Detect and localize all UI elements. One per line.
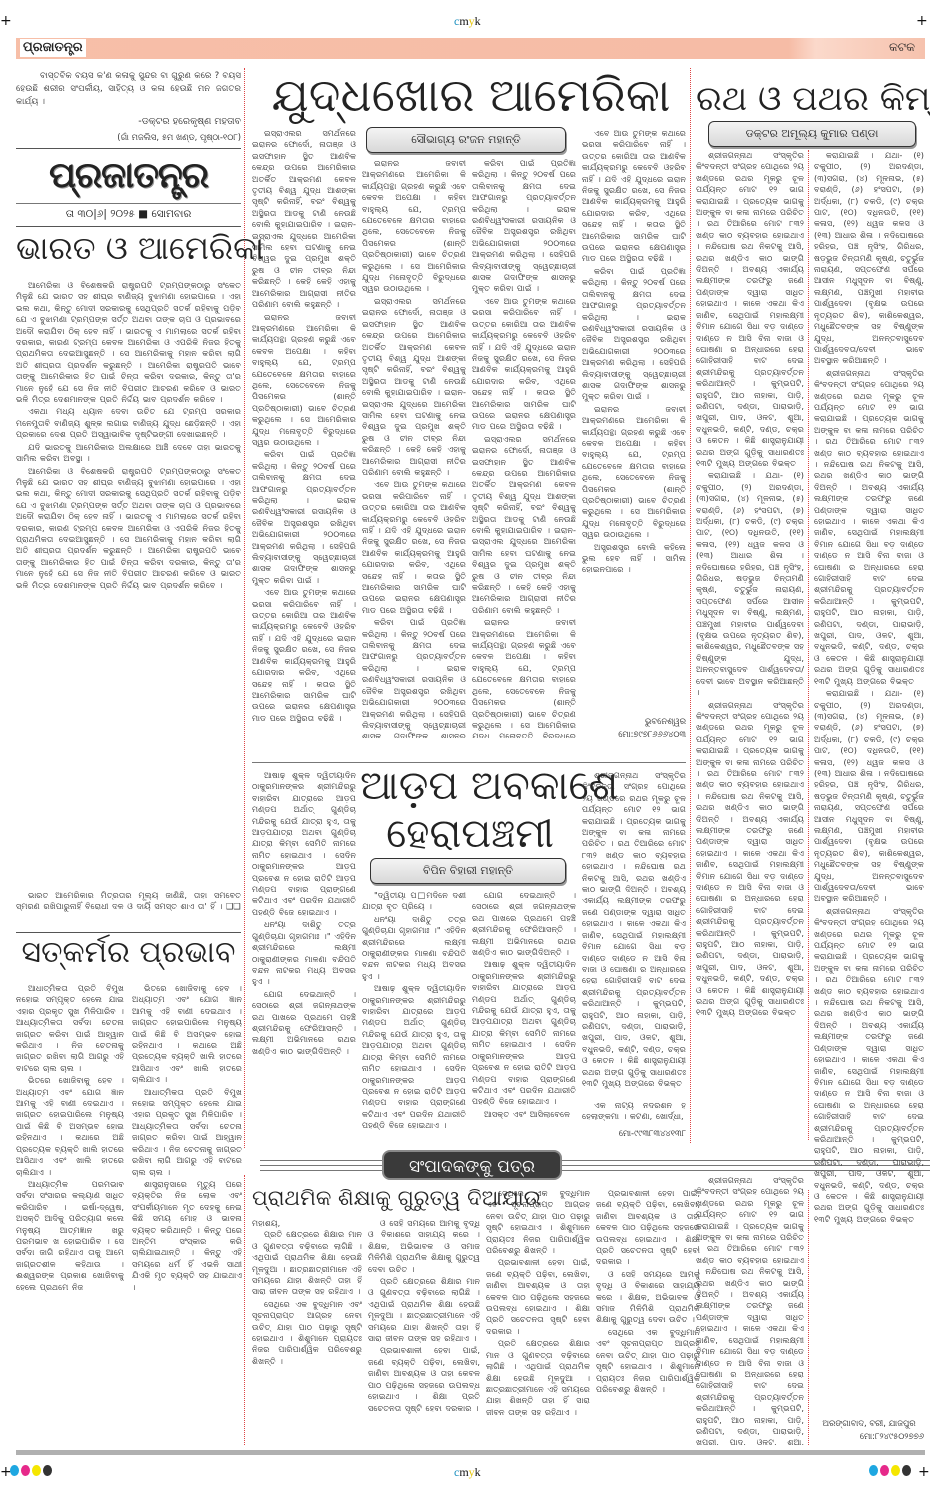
article-rath-paragraph: କରାଯାଇଛି । ଯଥା- (୧) ଚକୁପୀଠ, (୨) ଅରଦଣ୍ଡା,…: [814, 688, 924, 905]
article-war-paragraph: ଇରାନର ଜବାବୀ ଆକ୍ରମଣରେ ଆମେରିକା କି କାର୍ଯ୍ୟପ…: [252, 312, 356, 449]
quote-source: (ଗାଁ ମଜଲିସ, ୫ମ ଖଣ୍ଡ, ପୃଷ୍ଠା-୧୦୮): [16, 131, 241, 144]
article-war-paragraph: କରିବା ପାଇଁ ପ୍ରତିଜ୍ଞା କରିଥିଲା । କିନ୍ତୁ ୨୦…: [472, 158, 576, 295]
letter-col-2: ଓ ସେହି ସମୟରେ ଆମକୁ ବୃଦ୍ଧି ଓ ବିକାଶରେ ସାହାଯ…: [368, 1218, 480, 1445]
color-dot-cyan: [869, 1465, 878, 1476]
divider: [16, 148, 241, 149]
article-war-paragraph: ଇସ୍ରାଏଲର ସମର୍ଥନରେ ଇରାନର ଫୋର୍ଦୋ, ନାତାଞ୍ଜ …: [472, 434, 576, 617]
editorial-2-headline: ସତ୍‌କର୍ମର ପ୍ରଭାବ: [16, 938, 241, 968]
article-rath-paragraph: ଶ୍ରୀଜଗନ୍ନାଥ ସଂସ୍କୃତିର କିଂବଦନ୍ତୀ ସଂଗ୍ରହ ପ…: [696, 150, 804, 469]
article-rath-col-2: କରାଯାଇଛି । ଯଥା- (୧) ଚକୁପୀଠ, (୨) ଅରଦଣ୍ଡା,…: [814, 150, 924, 1420]
letter-paragraph: ପ୍ରଭାବଶାଳୀ ହେବା ପାଇଁ, ଜଣେ ବ୍ୟକ୍ତି ପଢ଼ିବା…: [368, 1345, 480, 1413]
article-war-col-1: ଇସ୍ରାଏଲର ସମର୍ଥନରେ ଇରାନର ଫୋର୍ଦୋ, ନାତାଞ୍ଜ …: [252, 128, 356, 738]
article-rath-paragraph: ଶ୍ରୀଜଗନ୍ନାଥ ସଂସ୍କୃତିର କିଂବଦନ୍ତୀ ସଂଗ୍ରହ ପ…: [696, 700, 804, 1019]
dateline: ତା ୩୦|୬| ୨୦୨୫ ■ ସୋମବାର: [16, 208, 241, 221]
column-divider: [244, 1175, 245, 1445]
editorial-body: ଆମେରିକା ଓ ବିଶେଷକରି ରାଷ୍ଟ୍ରପତି ଟ୍ରମ୍ପଙ୍କଠ…: [16, 280, 241, 890]
article-war-paragraph: କରିବା ପାଇଁ ପ୍ରତିଜ୍ଞା କରିଥିଲା । କିନ୍ତୁ ୨୦…: [362, 617, 466, 738]
article-ashadha-headline-2: ହେରାପଞ୍ଚମୀ: [360, 814, 580, 854]
article-war-col-2: ଇରାନର ଜବାବୀ ଆକ୍ରମଣରେ ଆମେରିକା କି କାର୍ଯ୍ୟପ…: [362, 158, 466, 738]
page-header-band: ପ୍ରଜାତନ୍ତ୍ର କଟକ: [16, 38, 925, 59]
editorial-paragraph: ଆମେରିକା ଓ ବିଶେଷକରି ରାଷ୍ଟ୍ରପତି ଟ୍ରମ୍ପଙ୍କଠ…: [16, 280, 241, 405]
article-ashadha-col-4: ଶ୍ରୀଜଗନ୍ନାଥ ସଂସ୍କୃତିର କିଂବଦନ୍ତୀ ସଂଗ୍ରହ ପ…: [582, 770, 686, 1100]
article-rath-paragraph: ଶ୍ରୀଜଗନ୍ନାଥ ସଂସ୍କୃତିର କିଂବଦନ୍ତୀ ସଂଗ୍ରହ ପ…: [696, 1175, 804, 1445]
letter-salutation: ମହାଶୟ,: [252, 1218, 362, 1229]
editorial-paragraph: ଭାରତ ଆମେରିକାର ମିତ୍ରତାର ମୂଲ୍ୟ ଜାଣିଛି, ତାହ…: [16, 890, 241, 913]
article-ashadha-paragraph: ଆଷାଢ଼ ଶୁକ୍ଳ ଦ୍ୱିତୀୟାଦିନ ଠାକୁରମାନଙ୍କର ଶ୍ର…: [362, 983, 466, 1131]
editorial-headline: ଭାରତ ଓ ଆମେରିକା: [16, 232, 241, 264]
column-divider: [808, 150, 809, 1140]
article-war-col-3: କରିବା ପାଇଁ ପ୍ରତିଜ୍ଞା କରିଥିଲା । କିନ୍ତୁ ୨୦…: [472, 158, 576, 738]
article-war-paragraph: କରିବା ପାଇଁ ପ୍ରତିଜ୍ଞା କରିଥିଲା । କିନ୍ତୁ ୨୦…: [582, 266, 686, 403]
letter-paragraph: ସେଥିରେ ଏକ ବୁଦ୍ଧିମାନ ଏବଂ ସୂଚନାପ୍ରାପ୍ତ ଆଗ୍…: [596, 1327, 700, 1395]
editorial-ending: ଭାରତ ଆମେରିକାର ମିତ୍ରତାର ମୂଲ୍ୟ ଜାଣିଛି, ତାହ…: [16, 890, 241, 914]
letter-headline: ପ୍ରାଥମିକ ଶିକ୍ଷାକୁ ଗୁରୁତ୍ୱ ଦିଆଯାଉ: [252, 1188, 502, 1209]
editorial-2-col-1: ଆଧାତ୍ମିକତା ପ୍ରତି ବିମୁଖ ନହୋଇ ସମ୍ପୃକ୍ତ ହେଲ…: [16, 983, 124, 1445]
article-war-phone: ମୋ:୭୯୭୮୬୬୬୪୦୩: [582, 729, 686, 740]
article-ashadha-paragraph: ଆଷାଢ଼ ଶୁକ୍ଳ ଦ୍ୱିତୀୟାଦିନ ଠାକୁରମାନଙ୍କର ଶ୍ର…: [252, 770, 356, 918]
cmyk-k: k: [475, 1465, 481, 1479]
letter-paragraph: ପ୍ରତି କ୍ଷେତ୍ରରେ ଶିକ୍ଷାର ମାନ ଓ ଗୁଣବତ୍ତା ବ…: [252, 1229, 362, 1297]
article-ashadha-byline: ବିପିନ ବିହାରୀ ମହାନ୍ତି: [370, 858, 566, 884]
column-divider: [808, 1190, 809, 1445]
article-rath-paragraph: କରାଯାଇଛି । ଯଥା- (୧) ଚକୁପୀଠ, (୨) ଅରଦଣ୍ଡା,…: [814, 150, 924, 367]
article-ashadha-headline-1: ଆଡ଼ପ ଅବକାଶେ: [360, 766, 580, 806]
color-dot-yellow: [32, 1465, 41, 1476]
editorial-2-col-2: ଭିତରେ ଖୋଜିବାକୁ ହେବ । ଅଧ୍ୟାତ୍ମ ଏବଂ ଯୋଗ ଜ୍…: [132, 983, 242, 1445]
article-ashadha-quote: "ଦ୍ୱିତୀୟା ପ□ମଦିନେ ଦଶୀ ଯାତ୍ରା ବୃତ ପ୍ରିୟେ …: [362, 890, 466, 913]
letters-section-label: ସଂପାଦକଙ୍କୁ ପତ୍ର: [382, 1150, 562, 1180]
article-rath-col-1-cont: ଶ୍ରୀଜଗନ୍ନାଥ ସଂସ୍କୃତିର କିଂବଦନ୍ତୀ ସଂଗ୍ରହ ପ…: [696, 1175, 804, 1445]
letter-paragraph: ପ୍ରଭାବଶାଳୀ ହେବା ପାଇଁ, ଜଣେ ବ୍ୟକ୍ତି ପଢ଼ିବା…: [486, 1257, 590, 1337]
color-dot-black: [43, 1465, 52, 1476]
registration-mark-bottom-right: +: [918, 1465, 930, 1479]
article-ashadha-col-3: ଯୋଗ ଦେଇଥାନ୍ତି । ସେଠାରେ ଶ୍ରୀ ଜଗନ୍ନାଥଙ୍କ ର…: [472, 890, 576, 1128]
article-war-paragraph: ଇରାନର ଜବାବୀ ଆକ୍ରମଣରେ ଆମେରିକା କି କାର୍ଯ୍ୟପ…: [582, 404, 686, 541]
article-war-headline: ଯୁଦ୍ଧଖୋର ଆମେରିକା: [256, 72, 686, 118]
editorial-2-paragraph: ଆଧାତ୍ମିକତା ପ୍ରତି ବିମୁଖ ନହୋଇ ସମ୍ପୃକ୍ତ ହେଲ…: [16, 983, 124, 1074]
letter-col-4: ପ୍ରଭାବଶାଳୀ ହେବା ପାଇଁ, ଜଣେ ବ୍ୟକ୍ତି ପଢ଼ିବା…: [596, 1188, 700, 1445]
editorial-paragraph: ଆମେରିକା ଓ ବିଶେଷକରି ରାଷ୍ଟ୍ରପତି ଟ୍ରମ୍ପଙ୍କଠ…: [16, 466, 241, 591]
letter-paragraph: ଓ ସେହି ସମୟରେ ଆମକୁ ବୃଦ୍ଧି ଓ ବିକାଶରେ ସାହାଯ…: [368, 1218, 480, 1275]
color-dot-black: [902, 1465, 911, 1476]
article-rath-col-1: ଶ୍ରୀଜଗନ୍ନାଥ ସଂସ୍କୃତିର କିଂବଦନ୍ତୀ ସଂଗ୍ରହ ପ…: [696, 150, 804, 1150]
article-ashadha-paragraph: ଏକ ନାଟ୍ୟ ନଦରଶନ ହ ହେଲାଙ୍କମା । କଟଣା, ଖୋର୍ଦ…: [582, 1100, 686, 1123]
article-war-paragraph: ଏବେ ଆଉ ତୁମଙ୍କ କଥାରେ ଭରସା କରିପାରିବେ ନାହିଁ…: [582, 128, 686, 265]
editorial-paragraph: ଯଦି ଭାରତକୁ ଆମେରିକାର ଅଲକ୍ଷାରେ ଆଞ୍ଚି ଦେବେ …: [16, 442, 241, 465]
masthead-small: ପ୍ରଜାତନ୍ତ୍ର: [20, 39, 86, 57]
letter-paragraph: ପ୍ରତି କ୍ଷେତ୍ରରେ ଶିକ୍ଷାର ମାନ ଓ ଗୁଣବତ୍ତା ବ…: [368, 1276, 480, 1344]
article-ashadha-paragraph: ଧନଂୟା ଦାଶିତୁ ତତ୍ର ଗୁଣ୍ଡିଚାଯା ଗୃହାଗମାଃ ।"…: [252, 919, 356, 987]
article-ashadha-paragraph: ଆଷାଢ଼ ଶୁକ୍ଳ ଦ୍ୱିତୀୟାଦିନ ଠାକୁରମାନଙ୍କର ଶ୍ର…: [472, 959, 576, 1107]
editorial-2-paragraph: ଭିତରେ ଖୋଜିବାକୁ ହେବ । ଅଧ୍ୟାତ୍ମ ଏବଂ ଯୋଗ ଜ୍…: [132, 983, 242, 1086]
divider: [16, 203, 241, 204]
article-ashadha-col-1: ଆଷାଢ଼ ଶୁକ୍ଳ ଦ୍ୱିତୀୟାଦିନ ଠାକୁରମାନଙ୍କର ଶ୍ର…: [252, 770, 356, 1140]
editorial-2-paragraph: ଆଧ୍ୟାତ୍ମିକ ପରମଭାବ ସର୍ବଦା ସଂସାରର କଲ୍ୟାଣ ସ…: [16, 1179, 124, 1293]
article-ashadha-paragraph: ଆସକ୍ତ ଏବଂ ଆସିଲାବେଳେ: [472, 1109, 576, 1120]
column-divider: [690, 68, 691, 1143]
article-war-paragraph: ଏବେ ଆଉ ତୁମଙ୍କ କଥାରେ ଭରସା କରିପାରିବେ ନାହିଁ…: [362, 479, 466, 616]
cmyk-label-top: cmyk: [454, 14, 481, 29]
city-label: କଟକ: [889, 40, 915, 55]
article-rath-paragraph: କରାଯାଇଛି । ଯଥା- (୧) ଚକୁପୀଠ, (୨) ଅରଦଣ୍ଡା,…: [696, 470, 804, 698]
article-ashadha-paragraph: ଧନଂୟା ଦାଶିତୁ ତତ୍ର ଗୁଣ୍ଡିଚାଯା ଗୃହାଗମାଃ ।"…: [362, 914, 466, 982]
cmyk-label-bottom: cmyk: [454, 1465, 481, 1480]
article-rath-place: ଅରଙ୍ଗାବାଦ, ବରୀ, ଯାଜପୁର: [814, 1418, 924, 1429]
editorial-2-paragraph: ଆଧାତ୍ମିକତା ପ୍ରତି ବିମୁଖ ନହୋଇ ସମ୍ପୃକ୍ତ ହେଲ…: [132, 1087, 242, 1178]
article-ashadha-col-4-end: ଏକ ନାଟ୍ୟ ନଦରଶନ ହ ହେଲାଙ୍କମା । କଟଣା, ଖୋର୍ଦ…: [582, 1100, 686, 1126]
article-war-paragraph: କରିବା ପାଇଁ ପ୍ରତିଜ୍ଞା କରିଥିଲା । କିନ୍ତୁ ୨୦…: [252, 449, 356, 586]
color-dot-cyan: [10, 1465, 19, 1476]
article-war-col-4: ଏବେ ଆଉ ତୁମଙ୍କ କଥାରେ ଭରସା କରିପାରିବେ ନାହିଁ…: [582, 128, 686, 700]
article-war-paragraph: ଇସ୍ରାଏଲର ସମର୍ଥନରେ ଇରାନର ଫୋର୍ଦୋ, ନାତାଞ୍ଜ …: [362, 296, 466, 479]
article-war-paragraph: ଏବେ ଆଉ ତୁମଙ୍କ କଥାରେ ଭରସା କରିପାରିବେ ନାହିଁ…: [472, 296, 576, 433]
color-dot-magenta: [21, 1465, 30, 1476]
cmyk-m: m: [459, 1465, 468, 1479]
letter-paragraph: ପ୍ରତି କ୍ଷେତ୍ରରେ ଶିକ୍ଷାର ମାନ ଓ ଗୁଣବତ୍ତା ବ…: [486, 1338, 590, 1418]
article-ashadha-phone: ମୋ-୯୯୩୮୩୪୪୧୩୮: [582, 1128, 686, 1139]
masthead-logo: ପ୍ରଜାତନ୍ତ୍ର: [16, 155, 241, 197]
letter-paragraph: ଓ ସେହି ସମୟରେ ଆମକୁ ବୃଦ୍ଧି ଓ ବିକାଶରେ ସାହାଯ…: [596, 1269, 700, 1326]
registration-mark-top-right: +: [916, 14, 928, 28]
letter-paragraph: ସେଥିରେ ଏକ ବୁଦ୍ଧିମାନ ଏବଂ ସୂଚନାପ୍ରାପ୍ତ ଆଗ୍…: [486, 1188, 590, 1256]
quote-box: ବାସ୍ତବିକ ବୟସ କ'ଣ କଳାକୁ ସୁନ୍ଦର ବା ଗୁରୁଣ କ…: [16, 70, 241, 144]
cmyk-m: m: [459, 14, 468, 28]
editorial-paragraph: ଏକଥା ମଧ୍ୟ ଧ୍ୟାନ ଦେବା ଉଚିତ ଯେ ଟ୍ରମ୍ପ ସରକା…: [16, 406, 241, 440]
article-war-paragraph: ଏବେ ଆଉ ତୁମଙ୍କ କଥାରେ ଭରସା କରିପାରିବେ ନାହିଁ…: [252, 587, 356, 724]
registration-mark-top-left: +: [0, 14, 12, 28]
color-dot-yellow: [891, 1465, 900, 1476]
cmyk-k: k: [475, 14, 481, 28]
divider: [16, 226, 241, 227]
article-ashadha-paragraph: ଯୋଗ ଦେଇଥାନ୍ତି । ସେଠାରେ ଶ୍ରୀ ଜଗନ୍ନାଥଙ୍କ ର…: [252, 989, 356, 1057]
quote-attribution: -ଡକ୍ଟର ହରେକୃଷ୍ଣ ମହତାବ: [16, 115, 241, 128]
footer-bar: [16, 1450, 925, 1455]
article-war-paragraph: ଇସ୍ରାଏଲର ସମର୍ଥନରେ ଇରାନର ଫୋର୍ଦୋ, ନାତାଞ୍ଜ …: [252, 128, 356, 311]
article-war-place: ଭୁବନେଶ୍ୱର: [582, 716, 686, 727]
letter-paragraph: ସେଥିରେ ଏକ ବୁଦ୍ଧିମାନ ଏବଂ ସୂଚନାପ୍ରାପ୍ତ ଆଗ୍…: [252, 1299, 362, 1367]
quote-text: ବାସ୍ତବିକ ବୟସ କ'ଣ କଳାକୁ ସୁନ୍ଦର ବା ଗୁରୁଣ କ…: [16, 70, 241, 109]
letter-col-1: ମହାଶୟ, ପ୍ରତି କ୍ଷେତ୍ରରେ ଶିକ୍ଷାର ମାନ ଓ ଗୁଣ…: [252, 1218, 362, 1445]
article-ashadha-paragraph: ଯୋଗ ଦେଇଥାନ୍ତି । ସେଠାରେ ଶ୍ରୀ ଜଗନ୍ନାଥଙ୍କ ର…: [472, 890, 576, 958]
article-rath-byline: ଡକ୍ଟର ଅମୂଲ୍ୟ କୁମାର ପଣ୍ଡା: [708, 121, 916, 147]
editorial-2-paragraph: ଭିତରେ ଖୋଜିବାକୁ ହେବ । ଅଧ୍ୟାତ୍ମ ଏବଂ ଯୋଗ ଜ୍…: [16, 1075, 124, 1178]
article-war-paragraph: ଅସ୍ତ୍ରଶସ୍ତ୍ର ବୋଲି କହିଲେ ଭୁଲ ହେବ ନାହିଁ । …: [582, 542, 686, 576]
article-rath-paragraph: ଶ୍ରୀଜଗନ୍ନାଥ ସଂସ୍କୃତିର କିଂବଦନ୍ତୀ ସଂଗ୍ରହ ପ…: [814, 368, 924, 687]
letter-paragraph: ପ୍ରଭାବଶାଳୀ ହେବା ପାଇଁ, ଜଣେ ବ୍ୟକ୍ତି ପଢ଼ିବା…: [596, 1188, 700, 1268]
article-ashadha-paragraph: ଶ୍ରୀଜଗନ୍ନାଥ ସଂସ୍କୃତିର କିଂବଦନ୍ତୀ ସଂଗ୍ରହ ପ…: [582, 770, 686, 1089]
article-war-byline: ସୌଭାଗ୍ୟ ରଂଜନ ମହାନ୍ତି: [366, 127, 566, 153]
editorial-2-paragraph: ଶାସ୍ତ୍ରାନୁସାରେ ମୃତ୍ୟୁ ପରେ ବ୍ୟକ୍ତିର ନିଜ ଲ…: [132, 1179, 242, 1293]
article-war-paragraph: ଇରାନର ଜବାବୀ ଆକ୍ରମଣରେ ଆମେରିକା କି କାର୍ଯ୍ୟପ…: [362, 158, 466, 295]
letter-col-3: ସେଥିରେ ଏକ ବୁଦ୍ଧିମାନ ଏବଂ ସୂଚନାପ୍ରାପ୍ତ ଆଗ୍…: [486, 1188, 590, 1445]
color-dot-magenta: [880, 1465, 889, 1476]
article-rath-paragraph: ଶ୍ରୀଜଗନ୍ନାଥ ସଂସ୍କୃତିର କିଂବଦନ୍ତୀ ସଂଗ୍ରହ ପ…: [814, 906, 924, 1225]
article-war-paragraph: ଇରାନର ଜବାବୀ ଆକ୍ରମଣରେ ଆମେରିକା କି କାର୍ଯ୍ୟପ…: [472, 617, 576, 738]
article-rath-phone: ମୋ:୮୨୪୯୫୦୨୭୭୬: [814, 1431, 924, 1442]
article-ashadha-col-2: "ଦ୍ୱିତୀୟା ପ□ମଦିନେ ଦଶୀ ଯାତ୍ରା ବୃତ ପ୍ରିୟେ …: [362, 890, 466, 1140]
article-rath-headline: ରଥ ଓ ପଥର କିମ୍ବଦନ୍ତୀ: [696, 82, 926, 116]
divider: [16, 932, 241, 933]
